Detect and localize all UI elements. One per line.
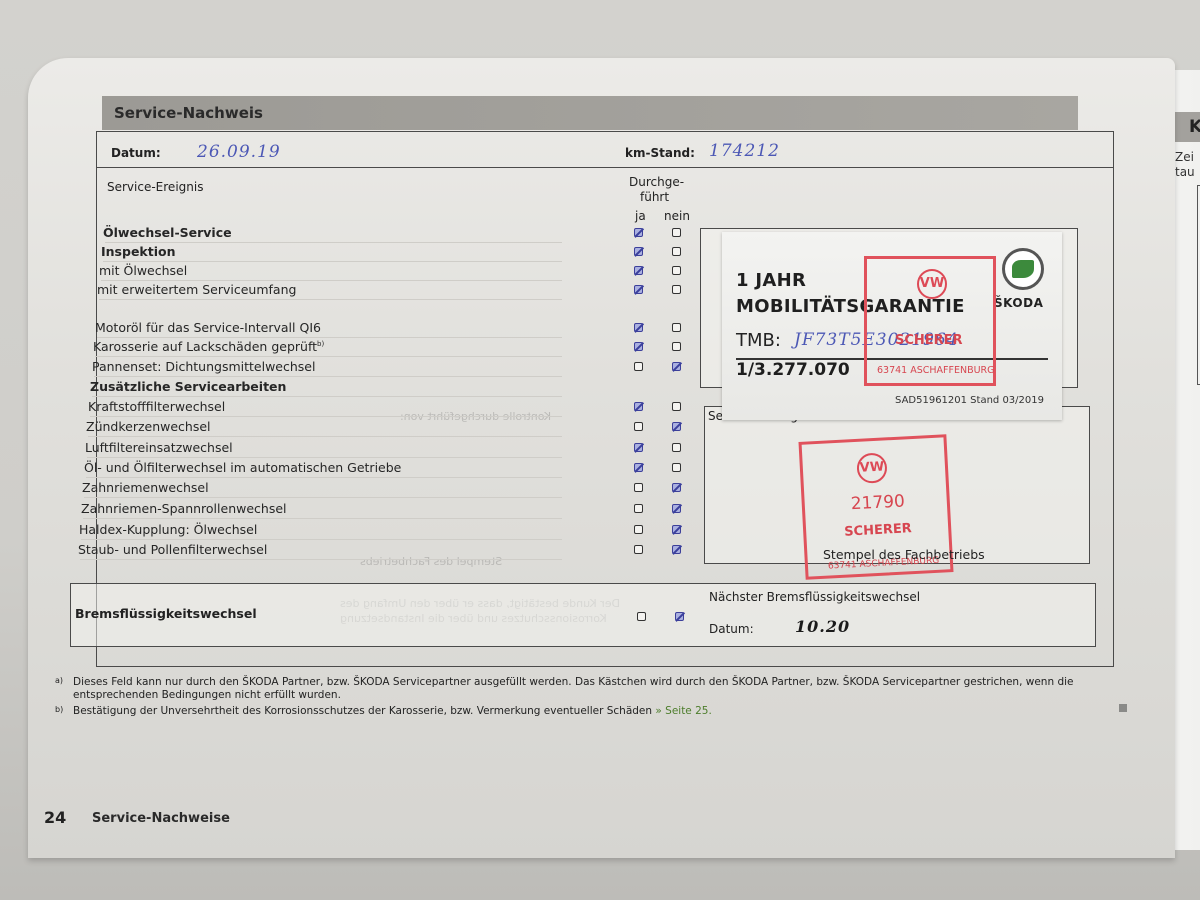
next-brake-fluid-date-label: Datum: [709,622,754,636]
yes-checkbox[interactable] [634,483,643,492]
service-item-label: Staub- und Pollenfilterwechsel [78,542,267,557]
footnotes: a) Dieses Feld kann nur durch den ŠKODA … [55,676,1115,721]
no-checkbox[interactable] [672,504,681,513]
no-checkbox[interactable] [672,443,681,452]
service-item-label: Kraftstofffilterwechsel [88,399,225,414]
page-number: 24 [44,808,66,827]
service-item-label: Haldex-Kupplung: Ölwechsel [79,522,257,537]
row-divider [94,376,562,377]
row-divider [92,396,562,397]
skoda-logo-icon [1002,248,1044,290]
next-page-header: K [1175,112,1200,142]
service-item-label: Ölwechsel-Service [103,225,232,240]
yes-checkbox[interactable] [634,525,643,534]
no-checkbox[interactable] [672,402,681,411]
row-divider [103,261,562,262]
service-item-label: Zusätzliche Servicearbeiten [90,379,286,394]
footnote-b: b) Bestätigung der Unversehrtheit des Ko… [55,705,1115,718]
yes-checkbox[interactable] [634,342,643,351]
service-item-label: Inspektion [101,244,175,259]
skoda-wordmark: ŠKODA [994,296,1043,310]
no-checkbox[interactable] [672,285,681,294]
page-link[interactable]: » Seite 25. [655,705,711,717]
done-header-2: führt [640,190,669,204]
mobility-warranty-sticker: 1 JAHR MOBILITÄTSGARANTIE TMB: JF73T5E30… [722,232,1062,420]
row-divider [95,356,562,357]
row-divider [99,299,562,300]
vw-logo-icon: VW [917,269,947,299]
yes-checkbox[interactable] [634,545,643,554]
row-divider [87,457,562,458]
no-checkbox[interactable] [672,247,681,256]
yes-checkbox[interactable] [634,285,643,294]
km-label: km-Stand: [625,146,695,160]
footer-chapter: Service-Nachweise [92,811,230,826]
no-checkbox[interactable] [672,422,681,431]
row-divider [80,559,562,560]
yes-checkbox[interactable] [634,422,643,431]
yes-checkbox[interactable] [634,504,643,513]
next-brake-fluid-date[interactable]: 10.20 [795,617,850,636]
yes-checkbox[interactable] [634,463,643,472]
no-checkbox[interactable] [672,463,681,472]
no-checkbox[interactable] [672,228,681,237]
stamp-label: Stempel des Fachbetriebs [823,547,985,562]
brake-fluid-yes-checkbox[interactable] [637,612,646,621]
no-checkbox[interactable] [672,483,681,492]
footnote-a: a) Dieses Feld kann nur durch den ŠKODA … [55,676,1115,702]
service-item-label: Karosserie auf Lackschäden geprüftb) [93,339,324,354]
yes-checkbox[interactable] [634,402,643,411]
stamp-number: 21790 [850,491,905,514]
section-end-marker [1119,704,1127,712]
tmb-label: TMB: [736,330,781,351]
no-checkbox[interactable] [672,323,681,332]
stamp-brand: SCHERER [844,521,912,540]
next-page-text: Zei tau [1175,150,1195,180]
sticker-number: 1/3.277.070 [736,360,850,380]
event-header: Service-Ereignis [107,180,203,194]
yes-checkbox[interactable] [634,362,643,371]
sticker-line1: 1 JAHR [736,270,806,291]
service-item-label: Öl- und Ölfilterwechsel im automatischen… [84,460,401,475]
row-divider [81,539,562,540]
no-checkbox[interactable] [672,545,681,554]
brake-fluid-box: Bremsflüssigkeitswechsel Nächster Bremsf… [70,583,1096,647]
date-label: Datum: [111,146,161,160]
service-item-label: mit erweitertem Serviceumfang [97,282,296,297]
brake-fluid-no-checkbox[interactable] [675,612,684,621]
no-checkbox[interactable] [672,342,681,351]
sticker-stamp-address: 63741 ASCHAFFENBURG [877,365,995,376]
row-divider [84,497,562,498]
footnote-ref: b) [317,340,324,348]
no-checkbox[interactable] [672,525,681,534]
row-divider [97,337,562,338]
row-divider [88,436,562,437]
service-item-label: Zahnriemenwechsel [82,480,209,495]
row-divider [105,242,562,243]
service-item-label: Motoröl für das Service-Intervall QI6 [95,320,321,335]
service-item-label: Pannenset: Dichtungsmittelwechsel [92,359,315,374]
row-divider [86,477,562,478]
no-checkbox[interactable] [672,266,681,275]
done-header-1: Durchge- [629,175,684,189]
date-value[interactable]: 26.09.19 [197,142,281,162]
yes-checkbox[interactable] [634,228,643,237]
service-item-label: Zündkerzenwechsel [86,419,211,434]
vw-logo-icon: VW [856,452,888,484]
no-checkbox[interactable] [672,362,681,371]
yes-checkbox[interactable] [634,443,643,452]
yes-header: ja [635,209,646,223]
sticker-stamp-brand: SCHERER [895,333,963,348]
yes-checkbox[interactable] [634,323,643,332]
km-value[interactable]: 174212 [709,141,780,161]
service-item-label: mit Ölwechsel [99,263,187,278]
brake-fluid-label: Bremsflüssigkeitswechsel [75,606,257,621]
next-brake-fluid-label: Nächster Bremsflüssigkeitswechsel [709,590,920,604]
row-divider [101,280,562,281]
row-divider [90,416,562,417]
section-header: Service-Nachweis [102,96,1078,130]
header-row: Datum: 26.09.19 km-Stand: 174212 [97,132,1113,168]
sticker-code: SAD51961201 Stand 03/2019 [895,395,1044,406]
sticker-stamp: VW SCHERER 63741 ASCHAFFENBURG [864,256,996,386]
service-item-label: Zahnriemen-Spannrollenwechsel [81,501,287,516]
yes-checkbox[interactable] [634,266,643,275]
row-divider [83,518,562,519]
no-header: nein [664,209,690,223]
yes-checkbox[interactable] [634,247,643,256]
service-item-label: Luftfiltereinsatzwechsel [85,440,233,455]
